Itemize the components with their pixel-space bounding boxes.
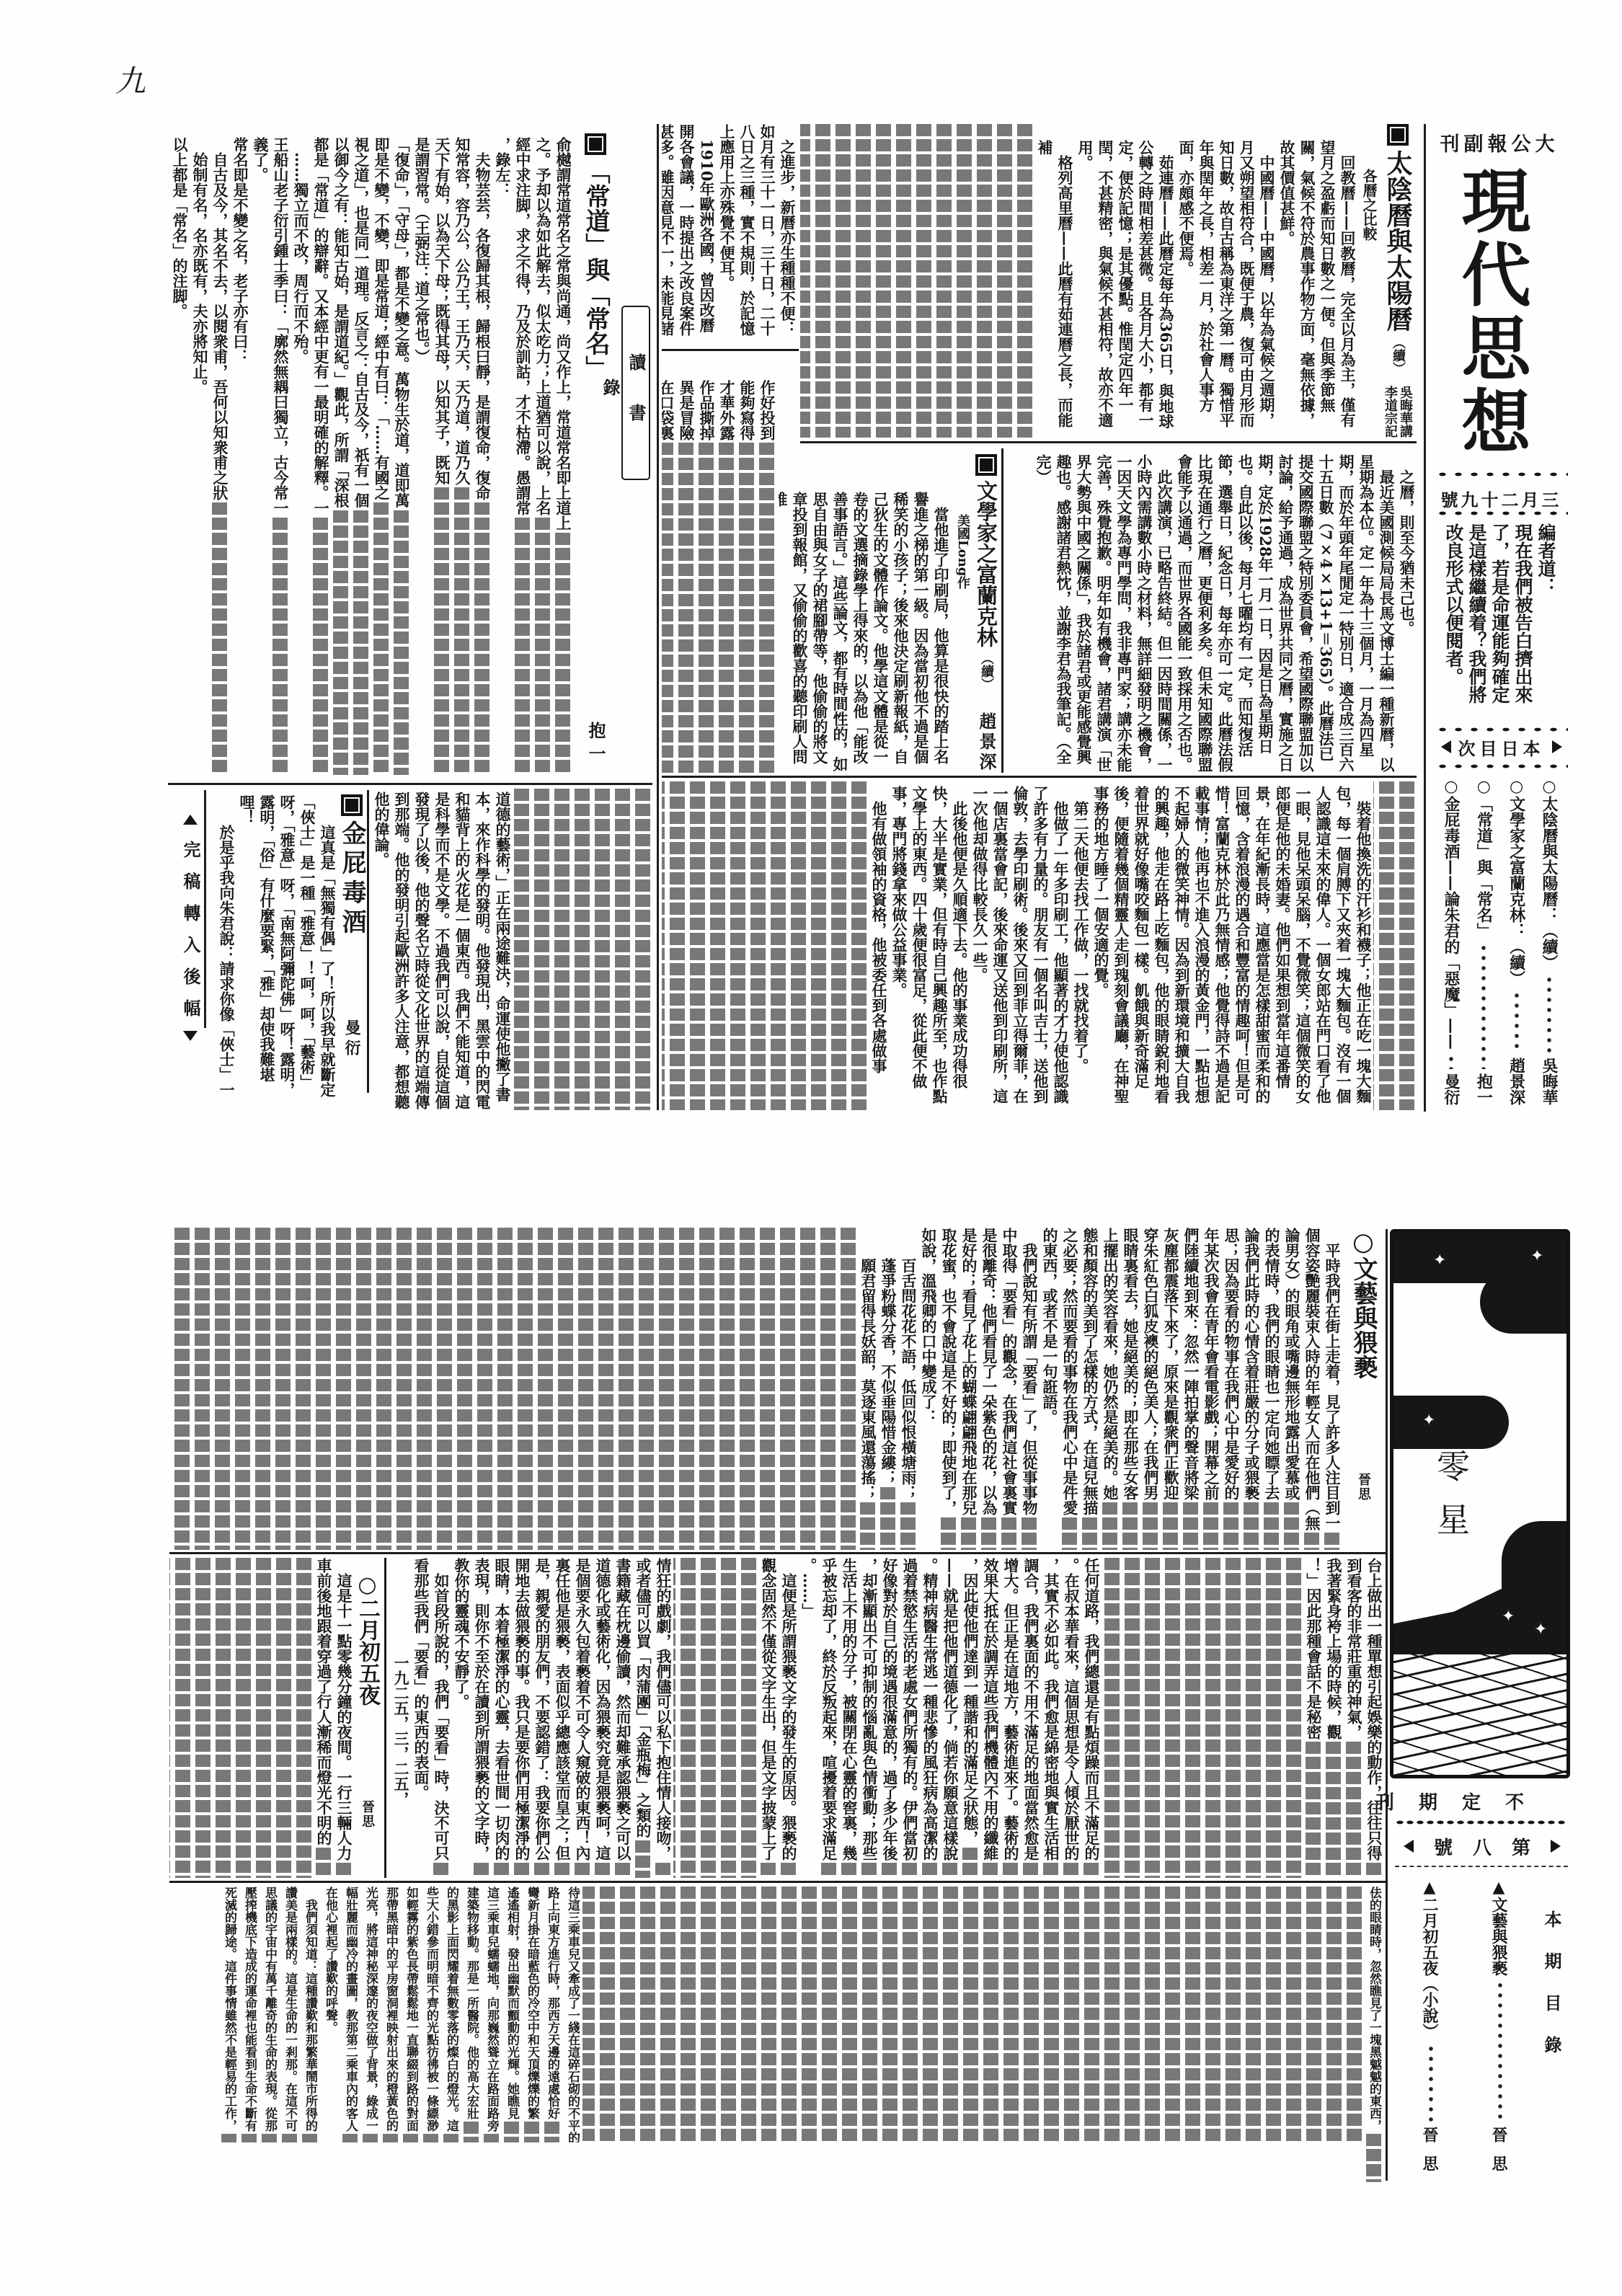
untranscribed-text: [353, 510, 368, 776]
triangle-down-icon: [183, 1031, 198, 1041]
column-text: ，因此使他們達到一種諧和的滿足之狀態，: [960, 1558, 980, 1845]
dark-horizon: [1393, 1570, 1566, 1657]
paragraph: 之曆，則至今猶未己也。: [1396, 454, 1417, 773]
column-text: 過着禁慾生活的老處女們所獨有的。伊們當初: [900, 1558, 920, 1861]
untranscribed-text-columns: [169, 1558, 314, 1878]
column-text: 到看客的非常莊重的神氣，: [1344, 1558, 1364, 1739]
text-column: 在他心裡起了讚歎的呼聲。: [320, 1887, 340, 2142]
column-text: 是好的；看見了花上的蝴蝶翩翩飛地在那兒: [959, 1228, 979, 1515]
text-column: 自古及今，其名不去，以閱衆甫，吾何以知衆甫之狀: [210, 137, 230, 775]
text-column: 穿朱紅色白狐皮襖的絕色美人；在我們男: [1140, 1228, 1161, 1550]
paragraph: 最近美國測候局局長馬文博士編一種新曆，以星期為本位。定一年為十三個月，一月為四星…: [1174, 454, 1396, 773]
column-divider: [1001, 448, 1003, 773]
toc-entry-author: 趙景深: [1504, 1058, 1529, 1105]
untranscribed-text: [1306, 1742, 1321, 1878]
untranscribed-text: [662, 443, 673, 773]
untranscribed-text: [1043, 1863, 1058, 1878]
untranscribed-text-columns: [513, 789, 652, 1110]
paragraph: 中國曆——中國曆，以年為氣候之週期，月又朔望相符合，既便于農，復可由月形而知日數…: [1176, 140, 1277, 438]
untranscribed-text: [941, 1517, 956, 1550]
column-text: 常名即是不變之名，老子亦有曰：: [230, 137, 250, 364]
article-author: 抱一: [585, 722, 606, 768]
text-column: 我們說知有所謂「要看」了，但從事事物: [1019, 1228, 1040, 1550]
untranscribed-text: [1163, 1502, 1178, 1550]
untranscribed-text: [1366, 1863, 1381, 1878]
text-column: 視之道」，也是同一道理。反言之：自古及今，祇有一個: [351, 137, 371, 775]
article-source: 美國Long作: [951, 454, 972, 773]
text-column: 我著緊身袴上場的時候，觀: [1324, 1558, 1344, 1878]
todays-contents-heading: 本日目次: [1435, 736, 1568, 758]
paragraph: 格列高里曆——此曆有茹連曆之長，而能補: [1034, 140, 1075, 438]
section-marker-icon: [975, 454, 997, 476]
untranscribed-text: [1326, 1742, 1341, 1878]
column-text: 知常容，容乃公，公乃王，王乃天，天乃道，道乃久: [452, 137, 472, 485]
wavy-divider: [1395, 1819, 1568, 1825]
untranscribed-text: [860, 1502, 875, 1550]
toc-entry-author: 曼衍: [1439, 1073, 1463, 1105]
article-franklin: 文學家之富蘭克林 （續） 趙景深 美國Long作 當他進了印刷局，他算是很快的踏…: [779, 454, 1000, 773]
untranscribed-text: [761, 1863, 776, 1878]
untranscribed-text: [1223, 1502, 1238, 1550]
column-text: 的東西，或者不是一句誑語。: [1040, 1228, 1060, 1424]
section-divider: [662, 349, 799, 351]
untranscribed-text: [821, 1863, 836, 1878]
column-text: 生活上不用的分子，被關閉在心靈的窖裏，幾: [839, 1558, 859, 1861]
text-column: ，因此使他們達到一種諧和的滿足之狀態，: [960, 1558, 980, 1878]
toc-entry-title: ▲文藝與猥褻: [1489, 1878, 1511, 1976]
article-byline: 吳晦華講 李道宗記: [1383, 386, 1413, 438]
untranscribed-text: [241, 2134, 257, 2142]
article-body: 當他進了印刷局，他算是很快的踏上名譽進之梯的第一級。因為當初他不過是個稀笑的小孩…: [779, 454, 951, 773]
art-obscenity-columns: 台上做出一種單想引起娛樂的動作，往往只得到看客的非常莊重的神氣，我著緊身袴上場的…: [1303, 1558, 1384, 1878]
untranscribed-text: [739, 443, 754, 773]
text-column: 中取得「要看」的觀念，在我們這社會裏實: [999, 1228, 1019, 1550]
untranscribed-text-columns: [1102, 1558, 1303, 1878]
text-column: 調合，我們裏面的不用不滿足的地面當然愈是: [1021, 1558, 1041, 1878]
article-lunar-solar-calendar-ending: 之曆，則至今猶未己也。最近美國測候局局長馬文博士編一種新曆，以星期為本位。定一年…: [1006, 448, 1417, 773]
text-column: 作好投到: [757, 380, 777, 773]
paragraph: 當他進了印刷局，他算是很快的踏上名譽進之梯的第一級。因為當初他不過是個稀笑的小孩…: [779, 492, 951, 773]
toc-entry-title: ○「常道」與「常名」: [1471, 777, 1496, 939]
text-column: 是個要永久包着褻着不可令人窺破的東西！內: [572, 1558, 593, 1878]
column-text: 是，親愛的朋友們，不要認錯了：我要你們公: [532, 1558, 552, 1861]
article-body: 這真是「無獨有偶」了！所以我早就斷定「俠士」是一種「雅意」！呵，呵，「藝術」呀，…: [216, 789, 337, 1110]
column-text: 光亮，將這神秘深邃的夜空做了背景，綠成一: [360, 1887, 381, 2132]
text-column: 教你的靈魂不安靜了。: [451, 1558, 471, 1878]
text-column: 台上做出一種單想引起娛樂的動作，往往只得: [1364, 1558, 1384, 1878]
column-text: 論男女）的眼角或嘴邊無形地露出愛慕或: [1282, 1228, 1302, 1500]
column-text: 眼睛，本着極潔淨的心靈，去看世間一切肉的: [492, 1558, 512, 1861]
untranscribed-text: [1001, 1517, 1016, 1550]
untranscribed-text: [981, 1517, 996, 1550]
issue-number-label: 第八號: [1414, 1833, 1551, 1860]
article-lunar-solar-calendar: 太陰曆與太陽曆 （續） 吳晦華講 李道宗記 各曆之比較 回教曆——回教曆，完全以…: [800, 124, 1417, 438]
column-text: 讚美是兩樣的。這是生命的一剎那。在這不可: [280, 1887, 300, 2132]
column-text: ，錄左：: [492, 137, 513, 198]
untranscribed-text: [759, 443, 774, 773]
untranscribed-text: [781, 1863, 796, 1878]
editor-note-label: 編者道：: [1535, 523, 1556, 595]
untranscribed-text: [534, 1863, 549, 1878]
text-column: 讚美是兩樣的。這是生命的一剎那。在這不可: [280, 1887, 300, 2142]
text-column: 幅壯麗而幽冷的畫圖，教那第二乘車內的客人: [340, 1887, 360, 2142]
untranscribed-text-columns: [673, 1558, 758, 1878]
column-text: 眼睛裏看去，她是絕美的；即在那些女客: [1120, 1228, 1140, 1500]
text-column: ，錄左：: [492, 137, 513, 775]
toc-entry: ○太陰曆與太陽曆：（續） 吳晦華: [1537, 777, 1561, 1105]
toc-entry: ○「常道」與「常名」 抱一: [1471, 777, 1496, 1105]
text-column: 以上都是「常名」的注脚。: [169, 137, 190, 775]
column-text: 調合，我們裏面的不用不滿足的地面當然愈是: [1021, 1558, 1041, 1861]
text-column: 或者儘可以買「肉蒲團」「金瓶梅」之類的: [633, 1558, 653, 1878]
column-text: 觀念固然不僅從文字生出，但是文字披蒙上了: [758, 1558, 779, 1861]
decorative-border: [1435, 762, 1568, 771]
article-author: 晉思: [1355, 1473, 1371, 1502]
text-column: 如說，溫飛卿的口中變成了：: [918, 1228, 939, 1550]
paragraph: 第二天他便去找工作做，一找就找着了。: [1071, 786, 1091, 1110]
article-body: 道德的藝術，」正在兩途難決，命運使他撇了書本，來作科學的發明。他發現出，黑雲中的…: [371, 789, 513, 1110]
section-marker-icon: [1387, 124, 1409, 146]
article-title: 太陰曆與太陽曆: [1382, 150, 1414, 332]
column-text: ！」因此那種會話不是秘密: [1303, 1558, 1324, 1739]
article-changdao-changming-body: 俞樾謂常道常名之常與尚通，尚又作上，常道常名即上道上之。予却以為如此解去，似太吃…: [168, 137, 573, 775]
triangle-left-icon: [1404, 1840, 1414, 1853]
untranscribed-text: [464, 2122, 479, 2142]
untranscribed-text: [313, 518, 328, 775]
untranscribed-text: [394, 510, 409, 776]
text-column: 彎新月掛在暗藍色的冷空中和天頂爍爍的繁: [522, 1887, 542, 2142]
column-text: 經中求注脚，求之不得，乃及於訓詁，才不枯滯。愚謂常: [513, 137, 533, 515]
untranscribed-text: [962, 1848, 978, 1878]
column-text: ……獨立而不改，周行而不殆。: [291, 137, 311, 364]
untranscribed-text: [1023, 1863, 1038, 1878]
article-feb5-night-continued: 佉的眼睛時，忽然瞧見了一塊黑魆魆的東西， 待這三乘車兒又牽成了一綫在這碎石砌的不…: [169, 1887, 1384, 2182]
untranscribed-text: [434, 487, 449, 775]
column-text: 台上做出一種單想引起娛樂的動作，往往只得: [1364, 1558, 1384, 1861]
paragraph: 茹連曆——此曆定每年為365日，與地球公轉之時間相差甚微。且各月大小，都有一定，…: [1075, 140, 1176, 438]
text-column: 作品撕掉: [696, 380, 717, 773]
column-text: 們陸續地到來：忽然一陣拍掌的聲音將梁: [1181, 1228, 1201, 1500]
article-franklin-ending: 道德的藝術，」正在兩途難決，命運使他撇了書本，來作科學的發明。他發現出，黑雲中的…: [371, 789, 652, 1110]
column-text: 論我們此時的心情含着莊嚴的分子或猥褻: [1241, 1228, 1262, 1500]
text-column: 取花蜜，也不會說這是不好的；即使到了，: [939, 1228, 959, 1550]
text-column: 能夠寫得: [737, 380, 757, 773]
text-column: 即是不變，不變，即是常道；經中有曰：「……有國之: [371, 137, 391, 775]
text-column: 。……」: [799, 1558, 819, 1878]
article-jinpi-dujiu: 金屁毒酒 曼衍 這真是「無獨有偶」了！所以我早就斷定「俠士」是一種「雅意」！呵，…: [209, 789, 366, 1110]
column-text: 以上都是「常名」的注脚。: [169, 137, 190, 319]
column-text: 佉的眼睛時，忽然瞧見了一塊黑魆魆的東西，: [1364, 1887, 1384, 2132]
byline-speaker: 吳晦華講: [1398, 386, 1413, 438]
untranscribed-text: [942, 1863, 957, 1878]
column-text: 異是冒險: [676, 380, 696, 440]
column-text: 俞樾謂常道常名之常與尚通，尚又作上，常道常名即上道上: [553, 137, 573, 531]
text-column: 建築物移動。那是一所醫院。他的高大宏壯: [461, 1887, 482, 2142]
text-column: 是，親愛的朋友們，不要認錯了：我要你們公: [532, 1558, 552, 1878]
toc-entry-title: ○太陰曆與太陽曆：（續）: [1537, 777, 1561, 970]
dark-cloud: [1390, 1396, 1509, 1449]
untranscribed-text: [212, 502, 227, 775]
text-column: 效果大抵在於調弄這些我們機體內不用的纖維: [980, 1558, 1001, 1878]
column-text: 的表情時，我們的眼睛也一定向她瞟了去: [1262, 1228, 1282, 1500]
text-column: 都是「常道」的辯辭。又本經中更有一最明確的解釋。一: [311, 137, 331, 775]
text-column: 願君留得長妖韶，莫逐東風還蕩搖；: [858, 1228, 878, 1550]
column-text: 個容姿艷麗裝束入時的年輕女人而在他們（無: [1302, 1228, 1322, 1530]
column-text: 裏任他是猥褻，表面似乎總應該堂而皇之；但: [552, 1558, 572, 1861]
untranscribed-text: [1264, 1502, 1279, 1550]
continued-notice-text: 完稿轉入後幅: [180, 841, 201, 1031]
article-heading-feb5: ○ 二月初五夜 晉思: [354, 1558, 380, 1878]
text-column: 壓搾機底下造成的運命裡也能看到生命不斷有: [239, 1887, 260, 2142]
text-column: 如首段所說的，我們「要看」時，決不可只: [431, 1558, 451, 1878]
text-column: 好像對於自己的境遇很滿意的，過了多少年後: [879, 1558, 900, 1878]
toc-entry: ▲二月初五夜（小說） 晉思: [1420, 1878, 1442, 2184]
toc-leader-dots: [1439, 1054, 1463, 1069]
untranscribed-text: [841, 1863, 856, 1878]
column-text: 乎被忘却了，終於反叛起來，喧擾着要求滿足: [819, 1558, 839, 1861]
toc-entry-author: 晉思: [1420, 2127, 1442, 2184]
article-art-and-obscenity: ○ 文藝與猥褻 晉思 平時我們在街上走着，見了許多人注目到一個容姿艷麗裝束入時的…: [169, 1228, 1384, 1550]
feb5-columns: 待這三乘車兒又牽成了一綫在這碎石砌的不平的路上向東方進行時，那西方天邊的遠處恰好…: [219, 1887, 582, 2142]
untranscribed-text: [1102, 1502, 1117, 1550]
untranscribed-text: [504, 2122, 519, 2142]
untranscribed-text: [403, 2134, 418, 2142]
toc-leader-dots: [1489, 1980, 1511, 2122]
lingxing-column-illustration: ✦ ✦ ✦ ✦ ✦ 零星: [1390, 1229, 1570, 1778]
column-text: 這三乘車兒蠕蠕地，向那巍然聳立在路面路旁: [482, 1887, 502, 2132]
untranscribed-text: [1082, 1517, 1097, 1550]
reading-notes-label: 讀書錄: [621, 306, 650, 480]
article-author: 曼衍: [342, 1019, 362, 1060]
article-author: 晉思: [359, 1800, 375, 1829]
column-text: 車前後地跟着穿過了行人漸稀而燈光不明的: [314, 1558, 334, 1845]
handwritten-page-number: 九: [115, 58, 146, 101]
article-heading: 文學家之富蘭克林 （續） 趙景深: [972, 454, 1000, 773]
untranscribed-text: [1083, 1863, 1099, 1878]
untranscribed-text: [514, 1863, 529, 1878]
column-text: 表現，則你不至於在讀到所謂猥褻的文字時，: [471, 1558, 492, 1861]
untranscribed-text: [515, 518, 530, 775]
paragraph: 回教曆——回教曆，完全以月為主，僅有望月之盈虧而知日數之一便。但與季節無關，氣候…: [1277, 140, 1357, 438]
untranscribed-text: [302, 2134, 317, 2142]
untranscribed-text: [595, 1863, 610, 1878]
untranscribed-text: [1324, 1533, 1339, 1550]
untranscribed-text: [922, 1863, 937, 1878]
todays-contents-label: 本日目次: [1458, 735, 1545, 760]
untranscribed-text: [336, 1863, 351, 1878]
column-text: 。精神病醫生常逃一種悲慘的風狂病為高潔的: [920, 1558, 940, 1861]
untranscribed-text: [861, 1863, 877, 1878]
text-column: 表現，則你不至於在讀到所謂猥褻的文字時，: [471, 1558, 492, 1878]
column-text: 效果大抵在於調弄這些我們機體內不用的纖維: [980, 1558, 1001, 1861]
column-text: 是謂習常。（王弼注：道之常也。）: [412, 137, 432, 364]
text-column: 在口袋裏: [662, 380, 676, 773]
text-column: 義了。: [250, 137, 270, 775]
column-text: 如首段所說的，我們「要看」時，決不可只: [431, 1558, 451, 1861]
column-text: 年某次我會在青年會看電影戲；開幕之前: [1201, 1228, 1221, 1500]
text-column: 的東西，或者不是一句誑語。: [1040, 1228, 1060, 1550]
article-title: 二月初五夜: [354, 1597, 380, 1706]
column-text: 始制有名，名亦既有，夫亦將知止。: [190, 137, 210, 394]
untranscribed-text: [1003, 1863, 1018, 1878]
text-column: 平時我們在街上走着，見了許多人注目到一: [1322, 1228, 1342, 1550]
text-column: 夫物芸芸，各復歸其根，歸根曰靜，是謂復命，復命: [472, 137, 492, 775]
paragraph: 之進步，新曆亦生種種不便：如月有三十一日，三十日，二十八日之三種，實不規則，於記…: [717, 124, 797, 345]
untranscribed-text: [316, 1848, 331, 1878]
text-column: 佉的眼睛時，忽然瞧見了一塊黑魆魆的東西，: [1364, 1887, 1384, 2182]
column-text: 些大小錯參而明暗不齊的光點彷彿被一條縹渺: [421, 1887, 441, 2132]
text-column: 。在叔本華看來，這個思想是令人傾於厭世的: [1061, 1558, 1081, 1878]
column-text: 穿朱紅色白狐皮襖的絕色美人；在我們男: [1140, 1228, 1161, 1500]
text-column: 個容姿艷麗裝束入時的年輕女人而在他們（無: [1302, 1228, 1322, 1550]
column-text: 作好投到: [757, 380, 777, 440]
untranscribed-text: [1183, 1502, 1198, 1550]
toc-entry-title: ▲二月初五夜（小說）: [1420, 1878, 1442, 2039]
article-heading: 太陰曆與太陽曆 （續） 吳晦華講 李道宗記: [1379, 124, 1417, 438]
star-icon: ✦: [1433, 1253, 1446, 1269]
article-body: 之進步，新曆亦生種種不便：如月有三十一日，三十日，二十八日之三種，實不規則，於記…: [662, 124, 797, 345]
column-text: 在他心裡起了讚歎的呼聲。: [320, 1887, 340, 2034]
untranscribed-text: [902, 1863, 917, 1878]
column-text: 態和顏容的美到了怎樣的方式，在這兒無描: [1080, 1228, 1100, 1515]
section-divider: [168, 783, 652, 785]
byline-recorder: 李道宗記: [1383, 386, 1398, 438]
column-text: 。在叔本華看來，這個思想是令人傾於厭世的: [1061, 1558, 1081, 1861]
untranscribed-text: [678, 443, 693, 773]
text-column: 遙遙相射，發出幽默而顫動的光輝。她瞧見: [502, 1887, 522, 2142]
toc-leader-dots: [1537, 975, 1561, 1053]
triangle-up-icon: [183, 815, 198, 825]
editor-note: 編者道： 現在我們被告白擠出來了，若是命運能夠確定是這樣繼續着？我們將改良形式以…: [1438, 523, 1557, 717]
text-column: 才華外露: [717, 380, 737, 773]
column-text: 即是不變，不變，即是常道；經中有曰：「……有國之: [371, 137, 391, 500]
text-column: 這三乘車兒蠕蠕地，向那巍然聳立在路面路旁: [482, 1887, 502, 2142]
text-column: 論我們此時的心情含着莊嚴的分子或猥褻: [1241, 1228, 1262, 1550]
text-column: 書籍藏在枕邊偷讀，然而却難承認猥褻之可以: [613, 1558, 633, 1878]
column-text: 才華外露: [717, 380, 737, 440]
column-text: 增大。但正是在這地方，藝術進來了。藝術的: [1001, 1558, 1021, 1861]
untranscribed-text: [262, 2134, 277, 2142]
column-text: 情狂的戲劇，我們儘可以私下抱住情人接吻，: [653, 1558, 673, 1861]
column-text: 好像對於自己的境遇很滿意的，過了多少年後: [879, 1558, 900, 1861]
column-text: 平時我們在街上走着，見了許多人注目到一: [1322, 1228, 1342, 1530]
dark-cloud: [1480, 1270, 1570, 1334]
lingxing-title: 零星: [1433, 1449, 1469, 1556]
text-column: 論男女）的眼角或嘴邊無形地露出愛慕或: [1282, 1228, 1302, 1550]
text-column: 些大小錯參而明暗不齊的光點彷彿被一條縹渺: [421, 1887, 441, 2142]
column-text: 蓬爭粉蝶分香，不似垂陽惜金縷；: [878, 1228, 898, 1485]
column-text: 教你的靈魂不安靜了。: [451, 1558, 471, 1709]
column-divider: [384, 1558, 386, 1878]
untranscribed-text: [575, 1863, 590, 1878]
text-column: 看那些我們「要看」的東西的表面。: [411, 1558, 431, 1878]
untranscribed-text: [544, 2122, 559, 2142]
text-column: 如輕霧的紫色長帶鬆鬆地一直聯綴到路的對面: [401, 1887, 421, 2142]
text-column: 的黑影上面閃耀着無數零落的燦白的燈光。這: [441, 1887, 461, 2142]
untranscribed-text: [383, 2134, 398, 2142]
text-column: 情狂的戲劇，我們儘可以私下抱住情人接吻，: [653, 1558, 673, 1878]
column-text: 壓搾機底下造成的運命裡也能看到生命不斷有: [239, 1887, 260, 2132]
column-text: 思；因為要看的物事在我們心中是愛好的: [1221, 1228, 1241, 1500]
article-subheading: 各曆之比較: [1357, 124, 1379, 438]
untranscribed-text: [1366, 2134, 1381, 2182]
supplement-title: 現代思想: [1449, 163, 1531, 461]
text-column: 是很離奇：他們看見了一朵紫色的花，以為: [979, 1228, 999, 1550]
article-heading: 「常道」與「常名」 抱一: [575, 133, 616, 775]
decorative-border: [1435, 470, 1568, 479]
untranscribed-text: [484, 2134, 499, 2142]
star-icon: ✦: [1422, 1413, 1435, 1429]
untranscribed-text: [535, 518, 550, 775]
column-text: 死滅的歸途。這件事情雖然不是輕易的工作，: [219, 1887, 239, 2132]
column-text: 在口袋裏: [662, 380, 676, 440]
text-column: 常名即是不變之名，老子亦有曰：: [230, 137, 250, 775]
column-text: 如輕霧的紫色長帶鬆鬆地一直聯綴到路的對面: [401, 1887, 421, 2132]
untranscribed-text: [1304, 1533, 1319, 1550]
untranscribed-text: [1244, 1502, 1259, 1550]
untranscribed-text: [454, 487, 469, 775]
untranscribed-text: [333, 510, 348, 776]
untranscribed-text: [474, 502, 489, 775]
star-icon: ✦: [1534, 1622, 1547, 1638]
untranscribed-text: [1143, 1502, 1158, 1550]
toc-entry-author: 吳晦華: [1537, 1058, 1561, 1105]
article-title: 「常道」與「常名」: [581, 159, 610, 380]
section-marker-icon: [585, 133, 606, 155]
untranscribed-text: [272, 518, 288, 775]
text-column: ——就是把他們道德化了，倘若你願意這樣說: [940, 1558, 960, 1878]
untranscribed-text-columns: [662, 781, 869, 1110]
untranscribed-text: [983, 1863, 998, 1878]
text-column: 的表情時，我們的眼睛也一定向她瞟了去: [1262, 1228, 1282, 1550]
text-column: 上擺出的笑容看來，她仍然是絕美的。她: [1100, 1228, 1120, 1550]
text-column: 我們須知道：這種讚歎和那繁華鬧市所得的: [300, 1887, 320, 2142]
paragraph: 此後他便是久順適下去。他的事業成功得很快，大半是實業，但有時自己興趣所至，也作點…: [889, 786, 970, 1110]
text-column: 們陸續地到來：忽然一陣拍掌的聲音將梁: [1181, 1228, 1201, 1550]
text-column: 之。予却以為如此解去，似太吃力；上道猶可以說，上名: [533, 137, 553, 775]
toc-leader-dots: [1504, 990, 1529, 1053]
text-column: 到看客的非常莊重的神氣，: [1344, 1558, 1364, 1878]
text-column: 「復命」，「守母」，都是不變之意。萬物生於道，道即萬: [391, 137, 412, 775]
triangle-right-icon: [1552, 740, 1562, 753]
text-column: 以御今之有：能知古始，是謂道紀。」觀此，所謂「深根: [331, 137, 351, 775]
text-column: 灰塵都震落下來了，原來是觀衆們正歡迎: [1161, 1228, 1181, 1550]
column-text: 王船山老子衍引鍾士季曰：「廓然無耦曰獨立，古今常一: [270, 137, 291, 515]
untranscribed-text: [1021, 1517, 1037, 1550]
section-divider: [169, 1881, 1386, 1883]
column-text: 的黑影上面閃耀着無數零落的燦白的燈光。這: [441, 1887, 461, 2132]
toc-entry-author: 抱一: [1471, 1073, 1496, 1105]
text-column: 年某次我會在青年會看電影戲；開幕之前: [1201, 1228, 1221, 1550]
text-column: 死滅的歸途。這件事情雖然不是輕易的工作，: [219, 1887, 239, 2142]
column-text: 「復命」，「守母」，都是不變之意。萬物生於道，道即萬: [391, 137, 412, 508]
column-text: 之必要；然而要看的事物在我們心中是件愛: [1060, 1228, 1080, 1515]
text-column: 觀念固然不僅從文字生出，但是文字披蒙上了: [758, 1558, 779, 1878]
column-text: 之。予却以為如此解去，似太吃力；上道猶可以說，上名: [533, 137, 553, 515]
art-obscenity-columns: 情狂的戲劇，我們儘可以私下抱住情人接吻，或者儘可以買「肉蒲團」「金瓶梅」之類的書…: [411, 1558, 673, 1878]
column-text: 思議的宇宙中有萬千離奇的生命的表現。從那: [260, 1887, 280, 2132]
untranscribed-text: [554, 1863, 570, 1878]
text-column: 任何道路，我們總還是有點煩躁而且不滿足的: [1081, 1558, 1102, 1878]
column-text: 路上向東方進行時，那西方天邊的遠處恰好: [542, 1887, 562, 2119]
paragraph: 他有做領袖的資格，他被委任到各處做事: [869, 786, 889, 1110]
continued-label: （續）: [978, 652, 994, 691]
publication-frequency: 不定期刊: [1393, 1788, 1570, 1811]
untranscribed-text: [882, 1863, 897, 1878]
text-column: 裏任他是猥褻，表面似乎總應該堂而皇之；但: [552, 1558, 572, 1878]
decorative-border: [1435, 725, 1568, 734]
article-title: 文學家之富蘭克林: [973, 480, 999, 647]
